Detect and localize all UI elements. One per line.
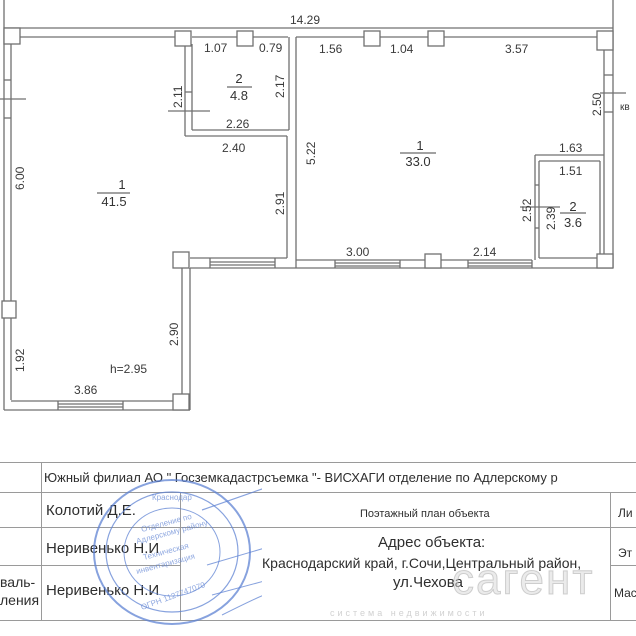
dim-small-left-bottom: 2.26 (226, 117, 250, 131)
room-small-left-area: 4.8 (230, 88, 248, 103)
address-line2: ул.Чехова (393, 574, 463, 591)
room-right-number: 1 (416, 138, 423, 153)
dim-top-small-b: 0.79 (259, 41, 283, 55)
exterior-label: кв (620, 102, 630, 113)
floor-label: Эт (618, 546, 632, 560)
dim-right-right-height: 2.50 (590, 92, 604, 116)
checker-name: Неривенько Н.И (46, 540, 159, 557)
room-right-area: 33.0 (405, 154, 430, 169)
organization-name: Южный филиал АО " Госземкадастрсъемка "-… (44, 470, 558, 485)
dim-bath-top: 1.51 (559, 164, 583, 178)
dim-left-room-bottom: 3.86 (74, 383, 98, 397)
dim-bath-height-a: 2.52 (520, 198, 534, 222)
dim-top-small-a: 1.07 (204, 41, 228, 55)
dim-left-room-height: 6.00 (13, 166, 27, 190)
dim-left-room-notch: 2.40 (222, 141, 246, 155)
sheet-label: Ли (618, 506, 633, 520)
address-line1: Краснодарский край, г.Сочи,Центральный р… (262, 555, 581, 571)
room-small-right-area: 3.6 (564, 215, 582, 230)
dim-left-room-notch-height: 2.91 (273, 191, 287, 215)
title-block: Южный филиал АО " Госземкадастрсъемка "-… (0, 462, 636, 620)
dim-right-bottom-b: 2.14 (473, 245, 497, 259)
approver-name: Неривенько Н.И (46, 582, 159, 599)
dim-left-room-right-lower: 2.90 (167, 322, 181, 346)
dim-right-top-b: 1.04 (390, 42, 414, 56)
left-label-1: валь- (0, 574, 35, 590)
address-label: Адрес объекта: (378, 534, 485, 551)
dim-right-top-a: 1.56 (319, 42, 343, 56)
dim-left-room-lower-height: 1.92 (13, 348, 27, 372)
room-left-number: 1 (118, 177, 125, 192)
dim-bath-height-b: 2.39 (544, 206, 558, 230)
room-small-left-number: 2 (235, 71, 242, 86)
dim-small-left-height-a: 2.11 (171, 85, 185, 108)
dim-overall-width: 14.29 (290, 13, 320, 27)
document-title: Поэтажный план объекта (360, 508, 490, 520)
room-small-right-number: 2 (569, 199, 576, 214)
dim-right-bottom-a: 3.00 (346, 245, 370, 259)
left-label-2: ления (0, 592, 39, 608)
floor-plan: 1 41.5 2 4.8 1 33.0 2 3.6 14.29 1.07 0.7… (0, 0, 636, 450)
scale-label: Мас (614, 586, 636, 600)
dim-small-left-height-b: 2.17 (273, 74, 287, 98)
room-left-area: 41.5 (101, 194, 126, 209)
dim-right-notch: 1.63 (559, 141, 583, 155)
dim-right-left-height: 5.22 (304, 141, 318, 165)
ceiling-height: h=2.95 (110, 362, 147, 376)
executor-name: Колотий Д.Е. (46, 502, 136, 519)
dim-right-top-c: 3.57 (505, 42, 529, 56)
